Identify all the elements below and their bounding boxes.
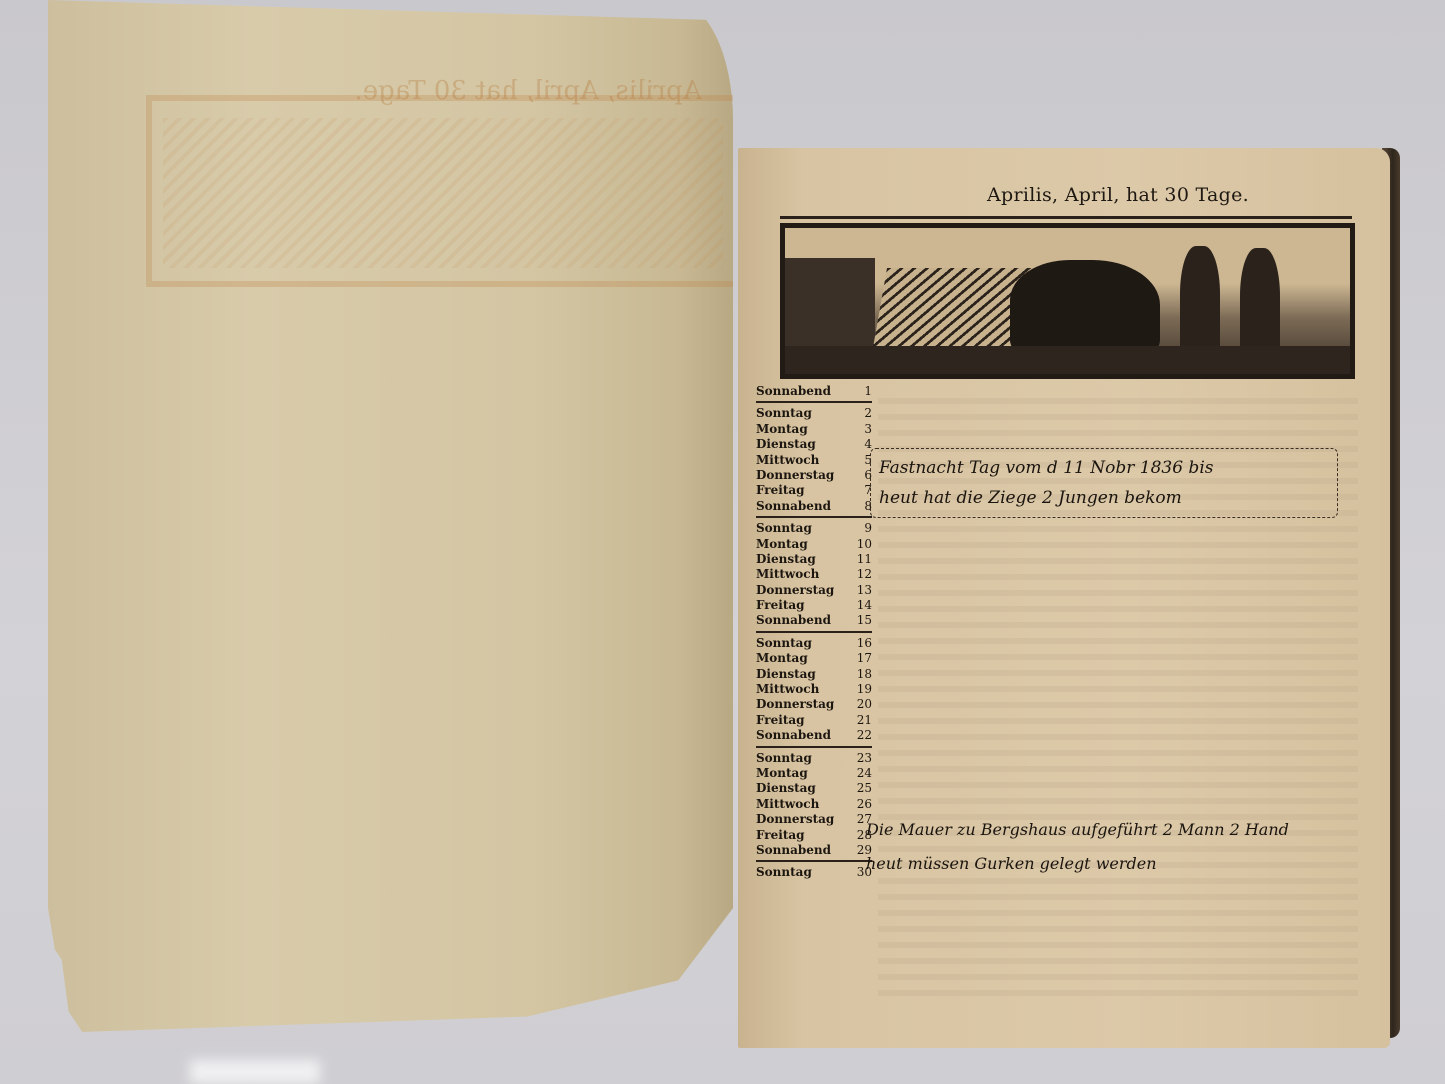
calendar-row: Dienstag18 <box>756 667 872 682</box>
calendar-week: Sonntag2 Montag3 Dienstag4 Mittwoch5 Don… <box>756 406 872 518</box>
day-number: 11 <box>848 552 872 567</box>
note-line: heut müssen Gurken gelegt werden <box>866 847 1386 881</box>
right-page-recto: Aprilis, April, hat 30 Tage. Sonnabend1 … <box>738 148 1390 1048</box>
day-name: Freitag <box>756 713 805 728</box>
calendar-row: Freitag21 <box>756 713 872 728</box>
calendar-week: Sonntag23 Montag24 Dienstag25 Mittwoch26… <box>756 751 872 863</box>
calendar-row: Freitag7 <box>756 483 872 498</box>
calendar-week: Sonntag30 <box>756 865 872 880</box>
day-number: 15 <box>848 613 872 628</box>
day-name: Sonnabend <box>756 384 831 399</box>
calendar-row: Mittwoch5 <box>756 453 872 468</box>
ground <box>785 346 1350 374</box>
light-glare <box>190 1060 320 1084</box>
calendar-row: Donnerstag13 <box>756 583 872 598</box>
calendar-row: Montag3 <box>756 422 872 437</box>
day-name: Dienstag <box>756 437 816 452</box>
day-name: Montag <box>756 537 808 552</box>
day-name: Sonnabend <box>756 728 831 743</box>
calendar-row: Sonntag2 <box>756 406 872 421</box>
day-number: 23 <box>848 751 872 766</box>
calendar-row: Sonntag30 <box>756 865 872 880</box>
day-number: 9 <box>848 521 872 536</box>
calendar-row: Dienstag25 <box>756 781 872 796</box>
day-number: 18 <box>848 667 872 682</box>
day-name: Sonntag <box>756 406 812 421</box>
day-number: 14 <box>848 598 872 613</box>
day-name: Freitag <box>756 483 805 498</box>
day-name: Sonntag <box>756 521 812 536</box>
calendar-row: Donnerstag6 <box>756 468 872 483</box>
ghost-woodcut-frame <box>146 95 746 287</box>
day-name: Dienstag <box>756 552 816 567</box>
calendar-row: Sonnabend29 <box>756 843 872 858</box>
calendar-row: Sonnabend22 <box>756 728 872 743</box>
day-number: 19 <box>848 682 872 697</box>
day-name: Freitag <box>756 598 805 613</box>
note-line: Fastnacht Tag vom d 11 Nobr 1836 bis <box>879 453 1329 483</box>
day-name: Sonntag <box>756 865 812 880</box>
calendar-row: Dienstag11 <box>756 552 872 567</box>
calendar-row: Dienstag4 <box>756 437 872 452</box>
day-number: 13 <box>848 583 872 598</box>
day-number: 1 <box>848 384 872 399</box>
day-number: 24 <box>848 766 872 781</box>
day-name: Donnerstag <box>756 812 834 827</box>
note-line: heut hat die Ziege 2 Jungen bekom <box>879 483 1329 513</box>
calendar-row: Montag17 <box>756 651 872 666</box>
day-number: 6 <box>848 468 872 483</box>
woodcut-illustration <box>780 223 1355 379</box>
day-number: 26 <box>848 797 872 812</box>
note-line: Die Mauer zu Bergshaus aufgeführt 2 Mann… <box>866 813 1386 847</box>
calendar-row: Sonnabend8 <box>756 499 872 514</box>
calendar-row: Montag24 <box>756 766 872 781</box>
calendar-week: Sonntag9 Montag10 Dienstag11 Mittwoch12 … <box>756 521 872 633</box>
calendar-row: Freitag14 <box>756 598 872 613</box>
day-name: Donnerstag <box>756 468 834 483</box>
horses-icon <box>1010 260 1160 360</box>
day-name: Mittwoch <box>756 682 819 697</box>
calendar-week: Sonntag16 Montag17 Dienstag18 Mittwoch19… <box>756 636 872 748</box>
day-number: 22 <box>848 728 872 743</box>
day-name: Montag <box>756 766 808 781</box>
day-name: Donnerstag <box>756 697 834 712</box>
day-number: 10 <box>848 537 872 552</box>
calendar-row: Donnerstag20 <box>756 697 872 712</box>
day-number: 2 <box>848 406 872 421</box>
title-rule <box>780 216 1352 219</box>
day-number: 16 <box>848 636 872 651</box>
handwritten-note-2: Die Mauer zu Bergshaus aufgeführt 2 Mann… <box>866 813 1386 881</box>
day-name: Montag <box>756 422 808 437</box>
calendar-row: Mittwoch26 <box>756 797 872 812</box>
calendar-row: Sonnabend1 <box>756 384 872 399</box>
day-name: Mittwoch <box>756 453 819 468</box>
day-name: Dienstag <box>756 667 816 682</box>
calendar-row: Montag10 <box>756 537 872 552</box>
calendar-row: Sonntag16 <box>756 636 872 651</box>
day-name: Sonntag <box>756 751 812 766</box>
calendar-row: Sonntag23 <box>756 751 872 766</box>
ghost-title-mirrored: Aprilis, April, hat 30 Tage. <box>348 76 708 106</box>
calendar-row: Mittwoch19 <box>756 682 872 697</box>
calendar-table: Sonnabend1 Sonntag2 Montag3 Dienstag4 Mi… <box>756 384 872 881</box>
handwritten-note-1: Fastnacht Tag vom d 11 Nobr 1836 bis heu… <box>870 448 1338 518</box>
calendar-row: Freitag28 <box>756 828 872 843</box>
day-name: Montag <box>756 651 808 666</box>
day-name: Sonnabend <box>756 499 831 514</box>
day-number: 20 <box>848 697 872 712</box>
day-name: Dienstag <box>756 781 816 796</box>
left-page-verso: Aprilis, April, hat 30 Tage. <box>48 0 733 1032</box>
day-number: 21 <box>848 713 872 728</box>
day-name: Mittwoch <box>756 797 819 812</box>
day-number: 8 <box>848 499 872 514</box>
day-name: Sonntag <box>756 636 812 651</box>
day-number: 5 <box>848 453 872 468</box>
day-number: 3 <box>848 422 872 437</box>
day-name: Mittwoch <box>756 567 819 582</box>
calendar-row: Sonnabend15 <box>756 613 872 628</box>
month-title: Aprilis, April, hat 30 Tage. <box>908 184 1328 206</box>
day-name: Freitag <box>756 828 805 843</box>
calendar-row: Donnerstag27 <box>756 812 872 827</box>
calendar-week: Sonnabend1 <box>756 384 872 403</box>
calendar-row: Mittwoch12 <box>756 567 872 582</box>
day-number: 4 <box>848 437 872 452</box>
day-name: Donnerstag <box>756 583 834 598</box>
day-number: 25 <box>848 781 872 796</box>
day-number: 17 <box>848 651 872 666</box>
calendar-row: Sonntag9 <box>756 521 872 536</box>
day-number: 12 <box>848 567 872 582</box>
day-name: Sonnabend <box>756 843 831 858</box>
day-name: Sonnabend <box>756 613 831 628</box>
day-number: 7 <box>848 483 872 498</box>
